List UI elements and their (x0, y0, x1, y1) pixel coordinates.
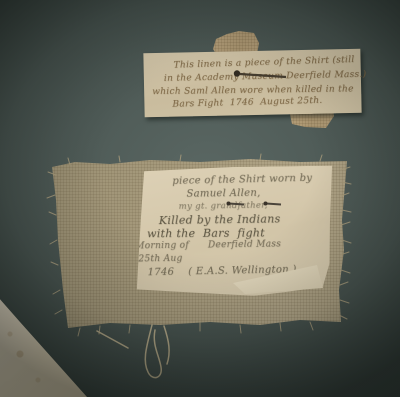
handwriting-line: with the Bars fight (147, 226, 335, 240)
handwriting-line: my gt. grandfather, (179, 199, 335, 214)
handwriting-line: Killed by the Indians (159, 212, 335, 227)
top-paper-label: This linen is a piece of the Shirt (stil… (143, 49, 361, 118)
artifact-photo: This linen is a piece of the Shirt (stil… (0, 0, 400, 397)
loose-threads (97, 325, 169, 378)
